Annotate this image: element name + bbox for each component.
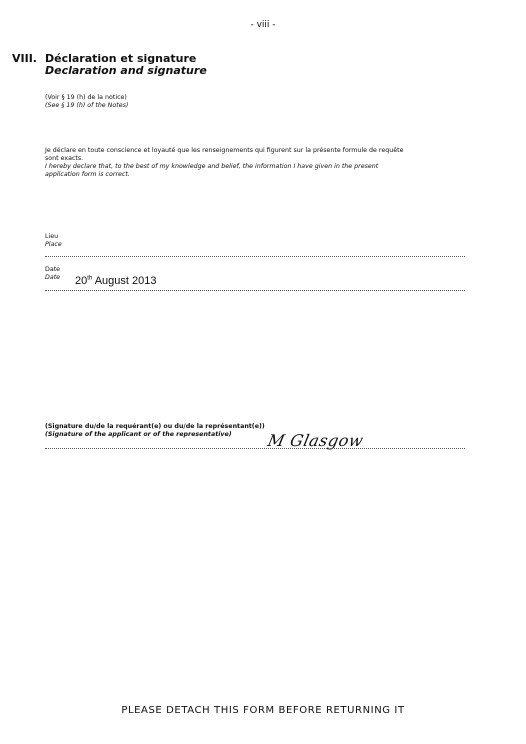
date-month-year: August 2013 (92, 275, 156, 287)
notes-reference-fr: (Voir § 19 (h) de la notice) (45, 94, 127, 102)
section-title-en: Declaration and signature (45, 64, 207, 77)
place-label-en: Place (45, 241, 62, 249)
page-number: - viii - (0, 20, 526, 30)
date-value[interactable]: 20th August 2013 (75, 275, 157, 287)
place-label-fr: Lieu (45, 233, 58, 241)
declaration-text: Je déclare en toute conscience et loyaut… (45, 147, 465, 179)
date-label-fr: Date (45, 266, 60, 274)
declaration-fr-line1: Je déclare en toute conscience et loyaut… (45, 147, 465, 155)
place-field-line[interactable] (45, 256, 465, 257)
detach-notice: PLEASE DETACH THIS FORM BEFORE RETURNING… (0, 705, 526, 716)
signature-label-fr: (Signature du/de la requérant(e) ou du/d… (45, 423, 265, 431)
date-field-line[interactable] (45, 290, 465, 291)
signature-field-line[interactable] (45, 448, 465, 449)
date-label-en: Date (45, 274, 60, 282)
declaration-fr-line2: sont exacts. (45, 155, 465, 163)
date-day: 20 (75, 275, 87, 287)
notes-reference-en: (See § 19 (h) of the Notes) (45, 102, 128, 110)
section-number: VIII. (12, 52, 37, 65)
signature-label-en: (Signature of the applicant or of the re… (45, 431, 232, 439)
declaration-en-line1: I hereby declare that, to the best of my… (45, 163, 465, 171)
declaration-en-line2: application form is correct. (45, 171, 465, 179)
